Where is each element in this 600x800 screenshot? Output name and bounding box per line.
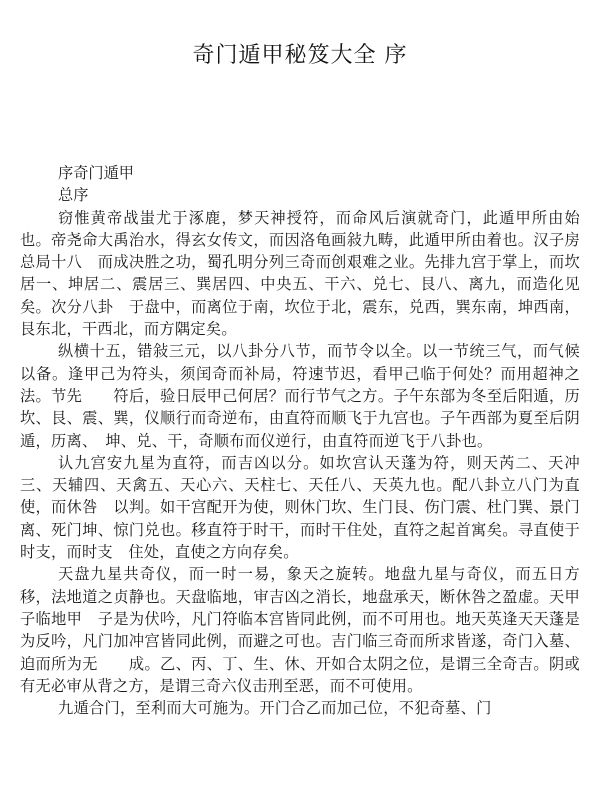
document-title: 奇门遁甲秘笈大全 序	[0, 38, 600, 69]
paragraph: 窃惟黄帝战蚩尤于涿鹿，梦天神授符，而命风后演就奇门，此遁甲所由始也。帝尧命大禹治…	[20, 207, 580, 341]
paragraph: 认九宫安九星为直符，而吉凶以分。如坎宫认天蓬为符，则天芮二、天冲三、天辅四、天禽…	[20, 452, 580, 563]
subsection-heading: 总序	[20, 184, 580, 206]
document-body: 序奇门遁甲 总序 窃惟黄帝战蚩尤于涿鹿，梦天神授符，而命风后演就奇门，此遁甲所由…	[20, 162, 580, 719]
paragraph: 天盘九星共奇仪，而一时一易，象天之旋转。地盘九星与奇仪，而五日方移，法地道之贞静…	[20, 563, 580, 697]
document-page: 奇门遁甲秘笈大全 序 序奇门遁甲 总序 窃惟黄帝战蚩尤于涿鹿，梦天神授符，而命风…	[0, 0, 600, 800]
paragraph: 纵横十五，错敍三元，以八卦分八节，而节令以全。以一节统三气，而气候以备。逢甲己为…	[20, 340, 580, 451]
section-heading: 序奇门遁甲	[20, 162, 580, 184]
paragraph: 九遁合门，至利而大可施为。开门合乙而加己位，不犯奇墓、门	[20, 697, 580, 719]
